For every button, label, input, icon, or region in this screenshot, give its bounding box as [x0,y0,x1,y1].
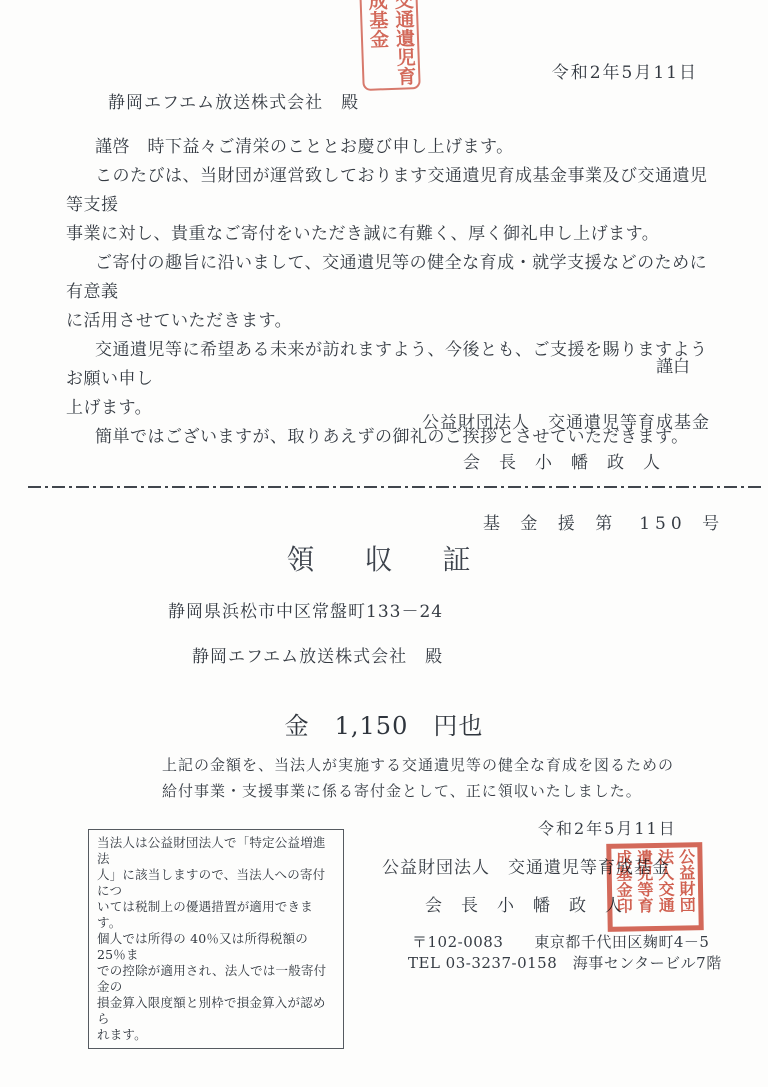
foundation-receipt-seal-stamp: 公益財団法人交通遺児等育成基金印 [606,842,704,932]
letter-president-name: 会 長 小 幡 政 人 [463,448,661,473]
payer-address: 静岡県浜松市中区常盤町133－24 [168,597,443,622]
letter-paragraph: このたびは、当財団が運営致しております交通遺児育成基金事業及び交通遺児等支援 事… [66,162,714,249]
document-page: 交通遺児育成基金 令和2年5月11日 静岡エフエム放送株式会社 殿 謹啓 時下益… [0,0,768,1087]
foundation-header-seal-stamp: 交通遺児育成基金 [359,0,421,91]
receipt-president-name: 会 長 小 幡 政 人 [425,891,623,916]
receipt-statement: 上記の金額を、当法人が実施する交通遺児等の健全な育成を図るための 給付事業・支援… [162,752,674,804]
cut-line-divider [28,486,764,488]
letter-date: 令和2年5月11日 [552,58,698,83]
letter-closing: 謹白 [656,352,690,377]
contact-postal-address: 〒102-0083 東京都千代田区麹町4－5 [412,931,709,952]
letter-organization-name: 公益財団法人 交通遺児等育成基金 [422,408,710,433]
contact-tel-line: TEL 03-3237-0158 海事センタービル7階 [408,952,722,973]
receipt-document-number: 基 金 援 第 150 号 [483,509,724,534]
payer-name: 静岡エフエム放送株式会社 殿 [192,642,443,667]
receipt-title: 領 収 証 [0,538,768,578]
letter-addressee: 静岡エフエム放送株式会社 殿 [108,88,359,113]
receipt-date: 令和2年5月11日 [538,816,677,839]
letter-paragraph: 謹啓 時下益々ご清栄のこととお慶び申し上げます。 [66,133,714,162]
letter-paragraph: ご寄付の趣旨に沿いまして、交通遺児等の健全な育成・就学支援などのために有意義 に… [66,249,714,336]
letter-body: 謹啓 時下益々ご清栄のこととお慶び申し上げます。 このたびは、当財団が運営致して… [66,133,714,452]
receipt-amount: 金 1,150 円也 [0,706,768,741]
tax-note-box: 当法人は公益財団法人で「特定公益増進法 人」に該当しますので、当法人への寄付につ… [88,829,344,1049]
